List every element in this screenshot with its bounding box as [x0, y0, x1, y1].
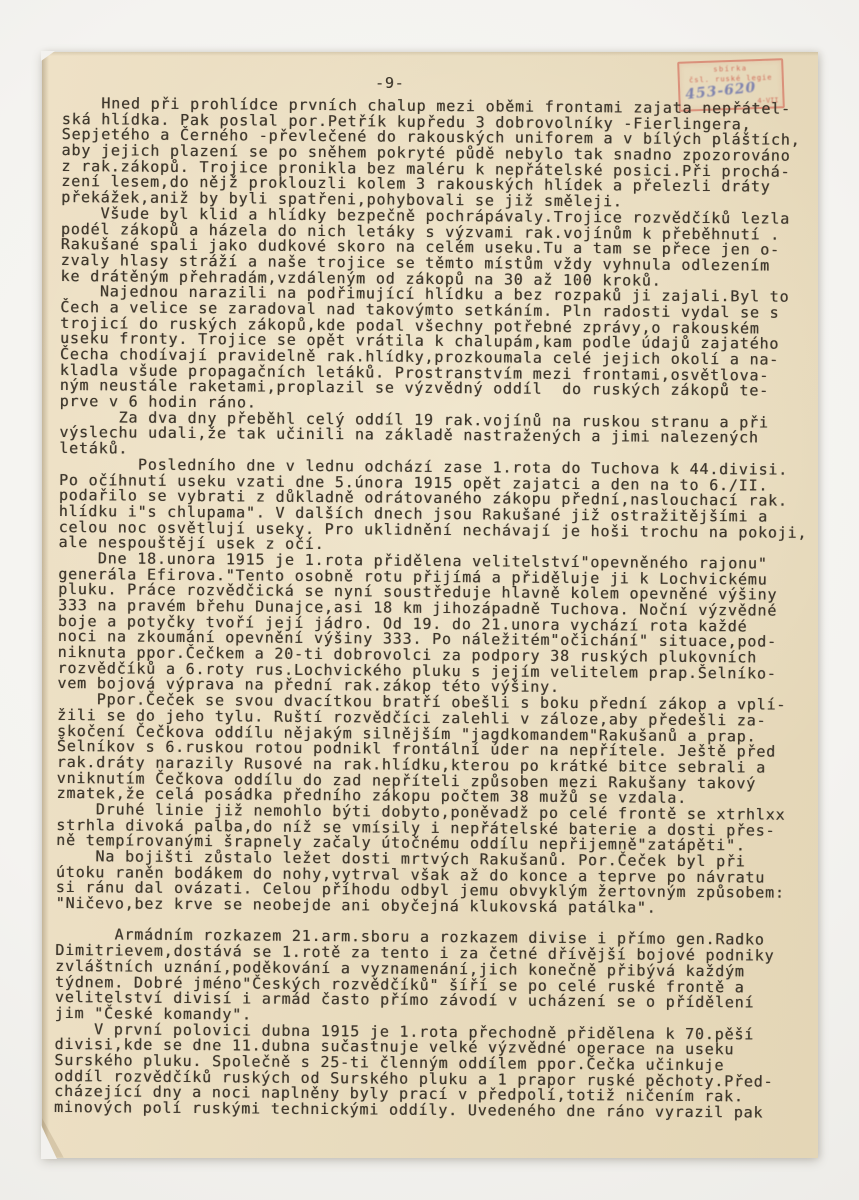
- paper-left-edge-shadow: [42, 52, 49, 1158]
- document-page: sbírka čsl. ruské legie 453-620 4-VII -9…: [42, 52, 818, 1158]
- text-line: minových polí ruskými technickými oddíly…: [54, 1100, 798, 1122]
- typewritten-text: Hned při prohlídce prvních chalup mezi o…: [54, 96, 806, 1121]
- paper-top-edge-shadow: [42, 52, 818, 56]
- page-number: -9-: [375, 74, 405, 92]
- scan-background: sbírka čsl. ruské legie 453-620 4-VII -9…: [0, 0, 859, 1200]
